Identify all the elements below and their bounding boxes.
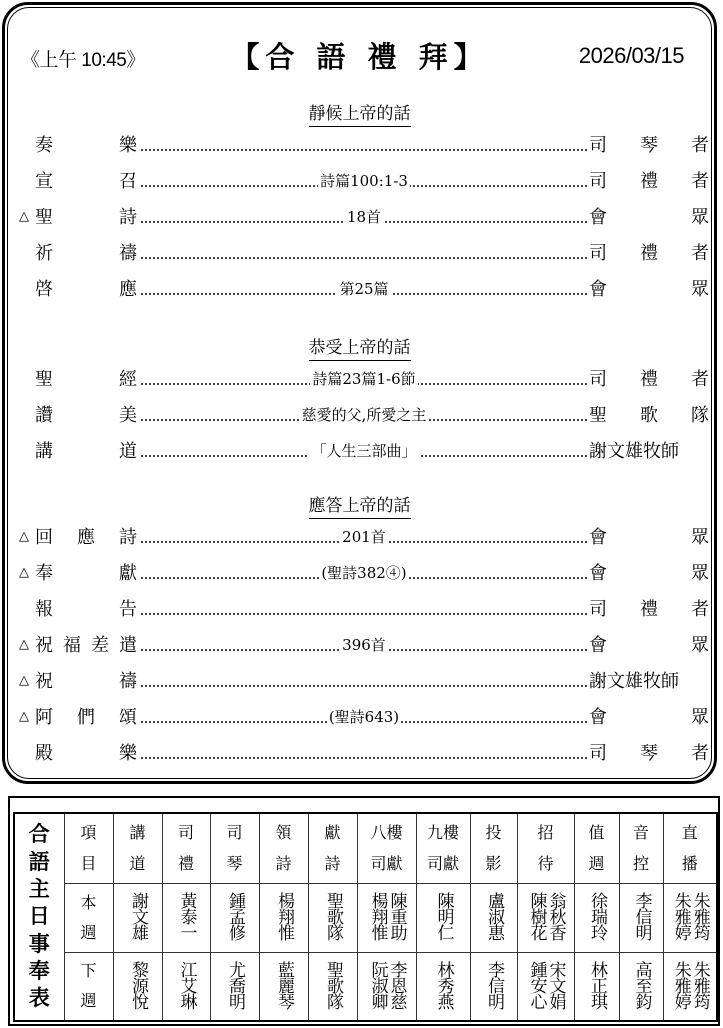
roster-person: 朱雅筠 <box>691 892 708 940</box>
item-name-char: 啓 <box>35 275 53 301</box>
program-item: 宣召詩篇100:1-3司禮者 <box>19 165 709 195</box>
item-leader-char: 司 <box>589 167 607 193</box>
item-name-char: 獻 <box>119 559 137 585</box>
roster-person: 黃泰一 <box>178 892 195 940</box>
roster-names: 李信明 <box>633 892 650 940</box>
roster-person: 楊翔惟 <box>275 892 292 940</box>
item-leader-char: 眾 <box>691 631 709 657</box>
item-name-char: 召 <box>119 167 137 193</box>
roster-week-label: 下週 <box>64 952 113 1021</box>
item-leader-char: 聖 <box>589 401 607 427</box>
roster-row: 本週謝文雄黃泰一鍾孟修楊翔惟聖歌隊陳重助楊翔惟陳明仁盧淑惠翁秋香陳樹花徐瑞玲李信… <box>14 884 717 953</box>
program-item: 奏樂司琴者 <box>19 129 709 159</box>
item-leader: 會眾 <box>589 203 709 229</box>
roster-person: 朱雅婷 <box>672 961 689 1009</box>
item-name-char: 遣 <box>119 631 137 657</box>
item-leader-char: 司 <box>589 739 607 765</box>
leader-dots <box>139 129 589 159</box>
roster-cell: 陳明仁 <box>416 884 470 953</box>
item-name: 聖詩 <box>31 203 139 229</box>
item-leader: 謝文雄牧師 <box>589 667 709 693</box>
item-leader: 會眾 <box>589 275 709 301</box>
roster-names: 李信明 <box>485 961 502 1009</box>
roster-names: 陳重助楊翔惟 <box>369 892 405 940</box>
roster-person: 陳樹花 <box>528 892 545 940</box>
hymn-marker-icon: △ <box>19 209 31 224</box>
program-item: △回應詩201首會眾 <box>19 521 709 551</box>
item-detail: 18首 <box>345 206 383 227</box>
leader-dots <box>139 665 589 695</box>
item-name-char: 祈 <box>35 239 53 265</box>
leader-dots: 18首 <box>139 201 589 231</box>
item-name: 讚美 <box>31 401 139 427</box>
roster-names: 藍麗琴 <box>275 961 292 1009</box>
item-detail: 396首 <box>340 634 388 655</box>
roster-column-header: 八樓司獻 <box>357 813 416 884</box>
item-name: 祝禱 <box>31 667 139 693</box>
item-name-char: 奏 <box>35 131 53 157</box>
item-leader-char: 禮 <box>640 595 658 621</box>
roster-column-header: 領詩 <box>259 813 308 884</box>
item-name: 宣召 <box>31 167 139 193</box>
item-name: 奏樂 <box>31 131 139 157</box>
item-name: 回應詩 <box>31 523 139 549</box>
item-leader-char: 會 <box>589 203 607 229</box>
item-name-char: 樂 <box>119 739 137 765</box>
section-title-text: 靜候上帝的話 <box>309 104 411 127</box>
roster-person: 謝文雄 <box>129 892 146 940</box>
program-item: △聖詩18首會眾 <box>19 201 709 231</box>
roster-cell: 黎源悅 <box>113 952 162 1021</box>
roster-column-header: 招待 <box>517 813 574 884</box>
section-title: 恭受上帝的話 <box>5 333 714 358</box>
program-item: 讚美慈愛的父,所愛之主聖歌隊 <box>19 399 709 429</box>
item-leader-char: 會 <box>589 275 607 301</box>
item-leader-char: 者 <box>691 239 709 265</box>
roster-names: 李恩慈阮淑卿 <box>369 961 405 1009</box>
hymn-marker-icon: △ <box>19 565 31 580</box>
item-name-char: 禱 <box>119 239 137 265</box>
roster-cell: 謝文雄 <box>113 884 162 953</box>
item-leader-char: 會 <box>589 559 607 585</box>
item-name-char: 應 <box>119 275 137 301</box>
item-leader-char: 禮 <box>640 167 658 193</box>
roster-names: 楊翔惟 <box>275 892 292 940</box>
roster-person: 林秀燕 <box>435 961 452 1009</box>
item-leader: 會眾 <box>589 523 709 549</box>
roster-person: 李恩慈 <box>388 961 405 1009</box>
item-name-char: 差 <box>91 631 109 657</box>
hymn-marker-icon: △ <box>19 709 31 724</box>
roster-person: 朱雅婷 <box>672 892 689 940</box>
roster-names: 宋文娟鍾安心 <box>528 961 564 1009</box>
roster-names: 林秀燕 <box>435 961 452 1009</box>
roster-names: 黃泰一 <box>178 892 195 940</box>
roster-names: 朱雅筠朱雅婷 <box>672 961 708 1009</box>
roster-cell: 藍麗琴 <box>259 952 308 1021</box>
item-leader-char: 謝文雄牧師 <box>589 667 679 693</box>
roster-person: 鍾孟修 <box>226 892 243 940</box>
item-leader: 司禮者 <box>589 365 709 391</box>
roster-person: 陳明仁 <box>435 892 452 940</box>
item-leader-char: 謝文雄牧師 <box>589 437 679 463</box>
item-detail: (聖詩382④) <box>319 562 408 583</box>
roster-header-row: 合語主日事奉表項目講道司禮司琴領詩獻詩八樓司獻九樓司獻投影招待值週音控直播 <box>14 813 717 884</box>
program-item: 聖經詩篇23篇1-6節司禮者 <box>19 363 709 393</box>
item-leader-char: 琴 <box>640 739 658 765</box>
roster-cell: 盧淑惠 <box>470 884 517 953</box>
order-of-service: 《上午 10:45》 【合 語 禮 拜】 2026/03/15 靜候上帝的話奏樂… <box>2 2 717 784</box>
item-leader: 會眾 <box>589 703 709 729</box>
roster-person: 江艾琳 <box>178 961 195 1009</box>
item-leader-char: 者 <box>691 595 709 621</box>
item-name-char: 詩 <box>119 203 137 229</box>
roster-names: 林正琪 <box>588 961 605 1009</box>
section-title-text: 恭受上帝的話 <box>309 338 411 361</box>
item-leader: 司禮者 <box>589 167 709 193</box>
section-title: 靜候上帝的話 <box>5 99 714 124</box>
roster-person: 聖歌隊 <box>324 961 341 1009</box>
item-name-char: 祝 <box>35 631 53 657</box>
roster-row: 下週黎源悅江艾琳尤喬明藍麗琴聖歌隊李恩慈阮淑卿林秀燕李信明宋文娟鍾安心林正琪高至… <box>14 952 717 1021</box>
hymn-marker-icon: △ <box>19 637 31 652</box>
leader-dots: 詩篇23篇1-6節 <box>139 363 589 393</box>
roster-person: 阮淑卿 <box>369 961 386 1009</box>
roster-names: 徐瑞玲 <box>588 892 605 940</box>
hymn-marker-icon: △ <box>19 529 31 544</box>
program-item: △阿們頌(聖詩643)會眾 <box>19 701 709 731</box>
roster-names: 尤喬明 <box>226 961 243 1009</box>
roster-person: 楊翔惟 <box>369 892 386 940</box>
roster-person: 鍾安心 <box>528 961 545 1009</box>
roster-week-label: 本週 <box>64 884 113 953</box>
item-leader-char: 者 <box>691 365 709 391</box>
item-leader-char: 眾 <box>691 559 709 585</box>
item-name-char: 奉 <box>35 559 53 585</box>
item-name-char: 阿 <box>35 703 53 729</box>
roster-column-header: 音控 <box>619 813 663 884</box>
roster-column-header: 獻詩 <box>308 813 357 884</box>
roster-names: 聖歌隊 <box>324 961 341 1009</box>
item-name-char: 回 <box>35 523 53 549</box>
roster-cell: 林正琪 <box>574 952 619 1021</box>
roster-cell: 朱雅筠朱雅婷 <box>663 884 717 953</box>
item-name: 奉獻 <box>31 559 139 585</box>
roster-cell: 徐瑞玲 <box>574 884 619 953</box>
roster-person: 朱雅筠 <box>691 961 708 1009</box>
item-name-char: 讚 <box>35 401 53 427</box>
item-name: 聖經 <box>31 365 139 391</box>
item-leader-char: 者 <box>691 131 709 157</box>
item-name: 報告 <box>31 595 139 621</box>
roster-person: 徐瑞玲 <box>588 892 605 940</box>
item-leader-char: 眾 <box>691 703 709 729</box>
leader-dots: (聖詩643) <box>139 701 589 731</box>
item-name-char: 報 <box>35 595 53 621</box>
item-leader-char: 司 <box>589 239 607 265</box>
item-detail: 第25篇 <box>337 278 390 299</box>
roster-title: 合語主日事奉表 <box>14 813 64 1021</box>
item-leader: 會眾 <box>589 631 709 657</box>
roster-names: 陳明仁 <box>435 892 452 940</box>
roster-names: 鍾孟修 <box>226 892 243 940</box>
item-name-char: 宣 <box>35 167 53 193</box>
roster-person: 黎源悅 <box>129 961 146 1009</box>
item-leader: 司琴者 <box>589 131 709 157</box>
roster-person: 陳重助 <box>388 892 405 940</box>
item-leader-char: 會 <box>589 631 607 657</box>
service-date: 2026/03/15 <box>579 43 684 69</box>
roster-cell: 聖歌隊 <box>308 952 357 1021</box>
roster-person: 尤喬明 <box>226 961 243 1009</box>
item-leader-char: 禮 <box>640 365 658 391</box>
item-leader-char: 琴 <box>640 131 658 157</box>
item-name: 講道 <box>31 437 139 463</box>
hymn-marker-icon: △ <box>19 673 31 688</box>
roster-names: 高至鈞 <box>633 961 650 1009</box>
item-name: 殿樂 <box>31 739 139 765</box>
section-title: 應答上帝的話 <box>5 491 714 516</box>
item-detail: 「人生三部曲」 <box>309 440 418 461</box>
item-name: 阿們頌 <box>31 703 139 729</box>
roster-cell: 李信明 <box>619 884 663 953</box>
roster-person: 林正琪 <box>588 961 605 1009</box>
program-item: △祝禱謝文雄牧師 <box>19 665 709 695</box>
item-leader-char: 眾 <box>691 203 709 229</box>
program-item: 啓應第25篇會眾 <box>19 273 709 303</box>
item-name-char: 祝 <box>35 667 53 693</box>
item-name-char: 聖 <box>35 203 53 229</box>
roster-column-header: 九樓司獻 <box>416 813 470 884</box>
item-leader: 聖歌隊 <box>589 401 709 427</box>
roster-column-header: 講道 <box>113 813 162 884</box>
leader-dots: (聖詩382④) <box>139 557 589 587</box>
item-leader: 謝文雄牧師 <box>589 437 709 463</box>
roster-cell: 宋文娟鍾安心 <box>517 952 574 1021</box>
item-name: 祝福差遣 <box>31 631 139 657</box>
item-leader-char: 者 <box>691 739 709 765</box>
item-leader: 會眾 <box>589 559 709 585</box>
roster-names: 謝文雄 <box>129 892 146 940</box>
roster-cell: 聖歌隊 <box>308 884 357 953</box>
item-leader: 司琴者 <box>589 739 709 765</box>
roster-cell: 李信明 <box>470 952 517 1021</box>
item-name-char: 福 <box>63 631 81 657</box>
item-name-char: 講 <box>35 437 53 463</box>
item-name-char: 聖 <box>35 365 53 391</box>
leader-dots: 「人生三部曲」 <box>139 435 589 465</box>
leader-dots: 第25篇 <box>139 273 589 303</box>
roster-cell: 黃泰一 <box>162 884 210 953</box>
roster-cell: 鍾孟修 <box>210 884 259 953</box>
item-leader-char: 會 <box>589 523 607 549</box>
item-name-char: 殿 <box>35 739 53 765</box>
item-detail: 詩篇100:1-3 <box>318 170 410 191</box>
item-name-char: 應 <box>77 523 95 549</box>
roster-names: 盧淑惠 <box>485 892 502 940</box>
leader-dots: 慈愛的父,所愛之主 <box>139 399 589 429</box>
roster-names: 江艾琳 <box>178 961 195 1009</box>
program-item: △奉獻(聖詩382④)會眾 <box>19 557 709 587</box>
roster-person: 翁秋香 <box>547 892 564 940</box>
program-item: 講道「人生三部曲」謝文雄牧師 <box>19 435 709 465</box>
item-name-char: 告 <box>119 595 137 621</box>
duty-roster-table: 合語主日事奉表項目講道司禮司琴領詩獻詩八樓司獻九樓司獻投影招待值週音控直播本週謝… <box>13 812 718 1022</box>
leader-dots <box>139 237 589 267</box>
leader-dots <box>139 737 589 767</box>
roster-cell: 林秀燕 <box>416 952 470 1021</box>
item-leader-char: 隊 <box>691 401 709 427</box>
roster-names: 翁秋香陳樹花 <box>528 892 564 940</box>
roster-person: 李信明 <box>633 892 650 940</box>
roster-cell: 尤喬明 <box>210 952 259 1021</box>
item-leader-char: 司 <box>589 131 607 157</box>
item-leader-char: 者 <box>691 167 709 193</box>
roster-cell: 朱雅筠朱雅婷 <box>663 952 717 1021</box>
roster-names: 朱雅筠朱雅婷 <box>672 892 708 940</box>
item-leader-char: 司 <box>589 365 607 391</box>
leader-dots <box>139 593 589 623</box>
item-leader-char: 眾 <box>691 523 709 549</box>
roster-names: 黎源悅 <box>129 961 146 1009</box>
item-detail: 201首 <box>340 526 388 547</box>
item-leader: 司禮者 <box>589 239 709 265</box>
roster-column-header: 司禮 <box>162 813 210 884</box>
roster-column-header: 直播 <box>663 813 717 884</box>
item-leader-char: 眾 <box>691 275 709 301</box>
roster-cell: 楊翔惟 <box>259 884 308 953</box>
leader-dots: 詩篇100:1-3 <box>139 165 589 195</box>
leader-dots: 201首 <box>139 521 589 551</box>
item-name-char: 經 <box>119 365 137 391</box>
item-leader: 司禮者 <box>589 595 709 621</box>
item-leader-char: 歌 <box>640 401 658 427</box>
roster-cell: 李恩慈阮淑卿 <box>357 952 416 1021</box>
roster-person: 宋文娟 <box>547 961 564 1009</box>
roster-column-header: 值週 <box>574 813 619 884</box>
program-item: 殿樂司琴者 <box>19 737 709 767</box>
item-name: 祈禱 <box>31 239 139 265</box>
section-title-text: 應答上帝的話 <box>309 496 411 519</box>
roster-cell: 江艾琳 <box>162 952 210 1021</box>
item-name-char: 樂 <box>119 131 137 157</box>
roster-column-header: 項目 <box>64 813 113 884</box>
roster-column-header: 投影 <box>470 813 517 884</box>
item-leader-char: 禮 <box>640 239 658 265</box>
item-name-char: 禱 <box>119 667 137 693</box>
roster-cell: 翁秋香陳樹花 <box>517 884 574 953</box>
item-name-char: 頌 <box>119 703 137 729</box>
duty-roster: 合語主日事奉表項目講道司禮司琴領詩獻詩八樓司獻九樓司獻投影招待值週音控直播本週謝… <box>8 796 720 1026</box>
item-detail: 詩篇23篇1-6節 <box>310 368 417 389</box>
roster-column-header: 司琴 <box>210 813 259 884</box>
roster-cell: 高至鈞 <box>619 952 663 1021</box>
roster-cell: 陳重助楊翔惟 <box>357 884 416 953</box>
program-item: 報告司禮者 <box>19 593 709 623</box>
roster-person: 李信明 <box>485 961 502 1009</box>
roster-person: 盧淑惠 <box>485 892 502 940</box>
program-item: 祈禱司禮者 <box>19 237 709 267</box>
item-leader-char: 司 <box>589 595 607 621</box>
roster-person: 藍麗琴 <box>275 961 292 1009</box>
item-name-char: 道 <box>119 437 137 463</box>
item-name-char: 們 <box>77 703 95 729</box>
roster-names: 聖歌隊 <box>324 892 341 940</box>
item-leader-char: 會 <box>589 703 607 729</box>
item-name: 啓應 <box>31 275 139 301</box>
roster-person: 聖歌隊 <box>324 892 341 940</box>
roster-person: 高至鈞 <box>633 961 650 1009</box>
leader-dots: 396首 <box>139 629 589 659</box>
item-detail: 慈愛的父,所愛之主 <box>300 404 429 425</box>
item-detail: (聖詩643) <box>327 706 401 727</box>
program-item: △祝福差遣396首會眾 <box>19 629 709 659</box>
item-name-char: 詩 <box>119 523 137 549</box>
item-name-char: 美 <box>119 401 137 427</box>
